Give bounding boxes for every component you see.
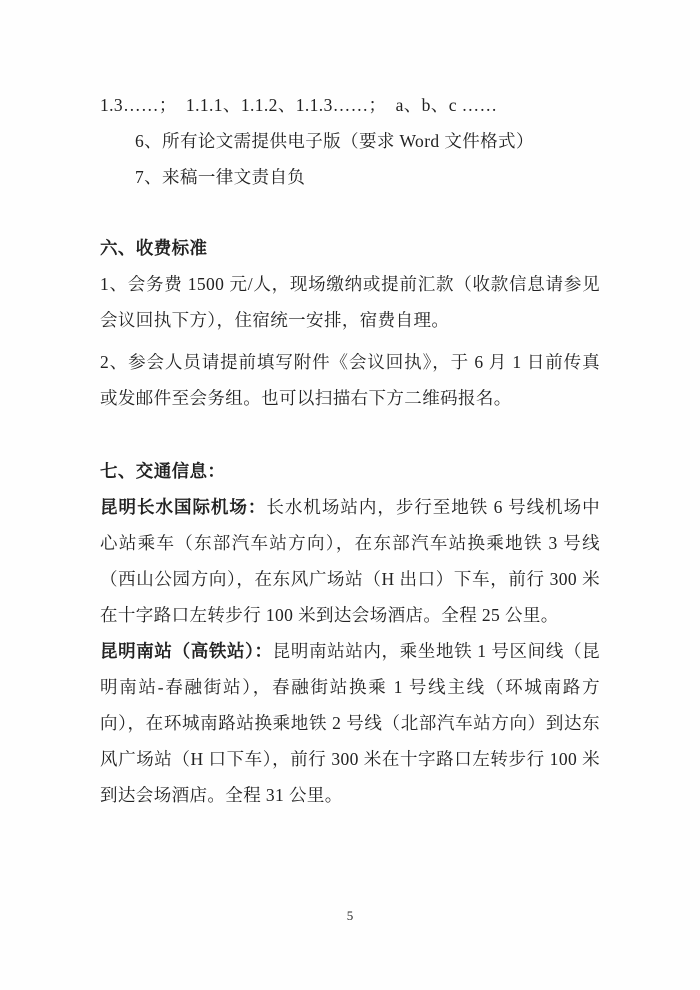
section-6-paragraph-2: 2、参会人员请提前填写附件《会议回执》，于 6 月 1 日前传真或发邮件至会务组… <box>100 344 600 416</box>
list-item-7: 7、来稿一律文责自负 <box>100 159 600 195</box>
station-directions-text: 昆明南站站内，乘坐地铁 1 号区间线（昆明南站-春融街站），春融街站换乘 1 号… <box>100 641 600 805</box>
section-6-heading: 六、收费标准 <box>100 230 600 266</box>
station-directions-paragraph: 昆明南站（高铁站）：昆明南站站内，乘坐地铁 1 号区间线（昆明南站-春融街站），… <box>100 633 600 813</box>
airport-label: 昆明长水国际机场： <box>100 497 266 517</box>
station-label: 昆明南站（高铁站）： <box>100 641 273 661</box>
section-7-heading: 七、交通信息： <box>100 453 600 489</box>
list-item-6: 6、所有论文需提供电子版（要求 Word 文件格式） <box>100 123 600 159</box>
numbering-examples-line: 1.3……； 1.1.1、1.1.2、1.1.3……； a、b、c …… <box>100 87 600 123</box>
airport-directions-paragraph: 昆明长水国际机场：长水机场站内，步行至地铁 6 号线机场中心站乘车（东部汽车站方… <box>100 489 600 633</box>
document-page: 1.3……； 1.1.1、1.1.2、1.1.3……； a、b、c …… 6、所… <box>0 0 700 990</box>
document-body: 1.3……； 1.1.1、1.1.2、1.1.3……； a、b、c …… 6、所… <box>100 87 600 813</box>
section-6-paragraph-1: 1、会务费 1500 元/人，现场缴纳或提前汇款（收款信息请参见会议回执下方），… <box>100 266 600 338</box>
page-number: 5 <box>0 908 700 924</box>
